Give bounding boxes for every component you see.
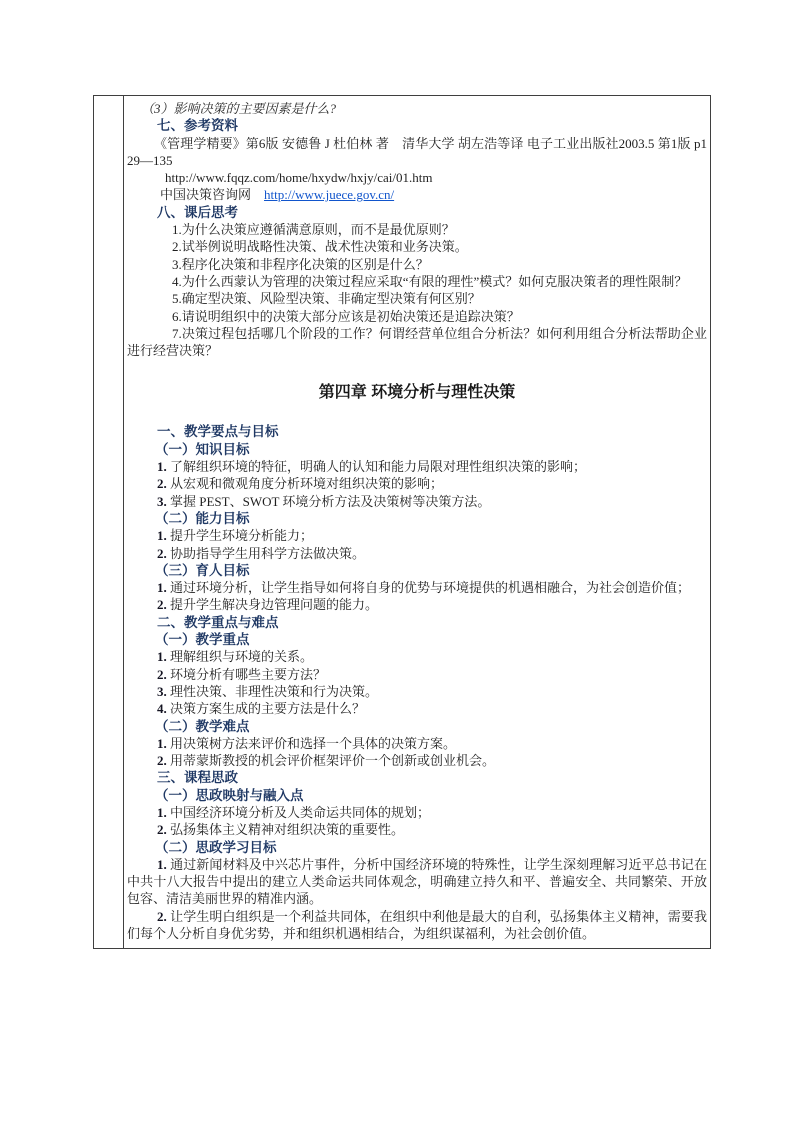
afterclass-question: 7.决策过程包括哪几个阶段的工作？何谓经营单位组合分析法？如何利用组合分析法帮助… <box>127 325 707 360</box>
document-page: （3）影响决策的主要因素是什么?七、参考资料《管理学精要》第6版 安德鲁 J 杜… <box>0 0 794 1123</box>
list-item: 3. 掌握 PEST、SWOT 环境分析方法及决策树等决策方法。 <box>127 493 707 510</box>
subheading-ideology-goals: （二）思政学习目标 <box>127 839 707 856</box>
intro-question-line: （3）影响决策的主要因素是什么? <box>127 100 707 117</box>
section-heading-ideology: 三、课程思政 <box>127 769 707 786</box>
reference-url-plain: http://www.fqqz.com/home/hxydw/hxjy/cai/… <box>127 169 707 186</box>
item-number: 2. <box>157 546 167 561</box>
chapter-title: 第四章 环境分析与理性决策 <box>127 383 707 403</box>
afterclass-question: 2.试举例说明战略性决策、战术性决策和业务决策。 <box>127 238 707 255</box>
list-item: 2. 让学生明白组织是一个利益共同体，在组织中利他是最大的自利，弘扬集体主义精神… <box>127 908 707 943</box>
afterclass-question: 4.为什么西蒙认为管理的决策过程应采取“有限的理性”模式？如何克服决策者的理性限… <box>127 273 707 290</box>
section-heading-keypoints: 二、教学重点与难点 <box>127 614 707 631</box>
item-number: 3. <box>157 684 167 699</box>
item-number: 1. <box>157 857 167 872</box>
list-item: 1. 提升学生环境分析能力； <box>127 527 707 544</box>
subheading-teaching-focus: （一）教学重点 <box>127 631 707 648</box>
list-item: 3. 理性决策、非理性决策和行为决策。 <box>127 683 707 700</box>
list-item: 1. 通过环境分析，让学生指导如何将自身的优势与环境提供的机遇相融合，为社会创造… <box>127 579 707 596</box>
reference-link-line: 中国决策咨询网 http://www.juece.gov.cn/ <box>127 186 707 203</box>
list-item: 2. 用蒂蒙斯教授的机会评价框架评价一个创新或创业机会。 <box>127 752 707 769</box>
list-item: 2. 从宏观和微观角度分析环境对组织决策的影响； <box>127 475 707 492</box>
item-number: 1. <box>157 649 167 664</box>
subheading-ability-goals: （二）能力目标 <box>127 510 707 527</box>
link-label: 中国决策咨询网 <box>160 187 264 202</box>
afterclass-question: 3.程序化决策和非程序化决策的区别是什么？ <box>127 256 707 273</box>
hyperlink[interactable]: http://www.juece.gov.cn/ <box>264 187 394 202</box>
section-heading-afterclass: 八、课后思考 <box>127 204 707 221</box>
item-number: 2. <box>157 667 167 682</box>
item-number: 2. <box>157 753 167 768</box>
lesson-plan-table: （3）影响决策的主要因素是什么?七、参考资料《管理学精要》第6版 安德鲁 J 杜… <box>93 95 711 949</box>
subheading-education-goals: （三）育人目标 <box>127 562 707 579</box>
item-number: 2. <box>157 476 167 491</box>
reference-entry: 《管理学精要》第6版 安德鲁 J 杜伯林 著 清华大学 胡左浩等译 电子工业出版… <box>127 135 707 170</box>
list-item: 2. 协助指导学生用科学方法做决策。 <box>127 545 707 562</box>
list-item: 1. 理解组织与环境的关系。 <box>127 648 707 665</box>
list-item: 2. 弘扬集体主义精神对组织决策的重要性。 <box>127 821 707 838</box>
table-left-empty-cell <box>94 96 124 948</box>
section-heading-reference: 七、参考资料 <box>127 117 707 134</box>
item-number: 2. <box>157 822 167 837</box>
list-item: 1. 用决策树方法来评价和选择一个具体的决策方案。 <box>127 735 707 752</box>
section-heading-objectives: 一、教学要点与目标 <box>127 423 707 440</box>
item-number: 1. <box>157 736 167 751</box>
item-number: 4. <box>157 701 167 716</box>
list-item: 1. 通过新闻材料及中兴芯片事件，分析中国经济环境的特殊性，让学生深刻理解习近平… <box>127 856 707 908</box>
item-number: 2. <box>157 597 167 612</box>
document-body: （3）影响决策的主要因素是什么?七、参考资料《管理学精要》第6版 安德鲁 J 杜… <box>124 96 710 948</box>
list-item: 4. 决策方案生成的主要方法是什么？ <box>127 700 707 717</box>
list-item: 1. 中国经济环境分析及人类命运共同体的规划； <box>127 804 707 821</box>
item-number: 1. <box>157 459 167 474</box>
afterclass-question: 5.确定型决策、风险型决策、非确定型决策有何区别？ <box>127 290 707 307</box>
list-item: 2. 环境分析有哪些主要方法？ <box>127 666 707 683</box>
subheading-ideology-points: （一）思政映射与融入点 <box>127 787 707 804</box>
afterclass-question: 6.请说明组织中的决策大部分应该是初始决策还是追踪决策？ <box>127 308 707 325</box>
subheading-knowledge-goals: （一）知识目标 <box>127 441 707 458</box>
item-number: 1. <box>157 805 167 820</box>
item-number: 1. <box>157 528 167 543</box>
item-number: 2. <box>157 909 167 924</box>
afterclass-question: 1.为什么决策应遵循满意原则，而不是最优原则？ <box>127 221 707 238</box>
list-item: 2. 提升学生解决身边管理问题的能力。 <box>127 596 707 613</box>
subheading-teaching-difficulty: （二）教学难点 <box>127 718 707 735</box>
list-item: 1. 了解组织环境的特征，明确人的认知和能力局限对理性组织决策的影响； <box>127 458 707 475</box>
item-number: 3. <box>157 494 167 509</box>
item-number: 1. <box>157 580 167 595</box>
